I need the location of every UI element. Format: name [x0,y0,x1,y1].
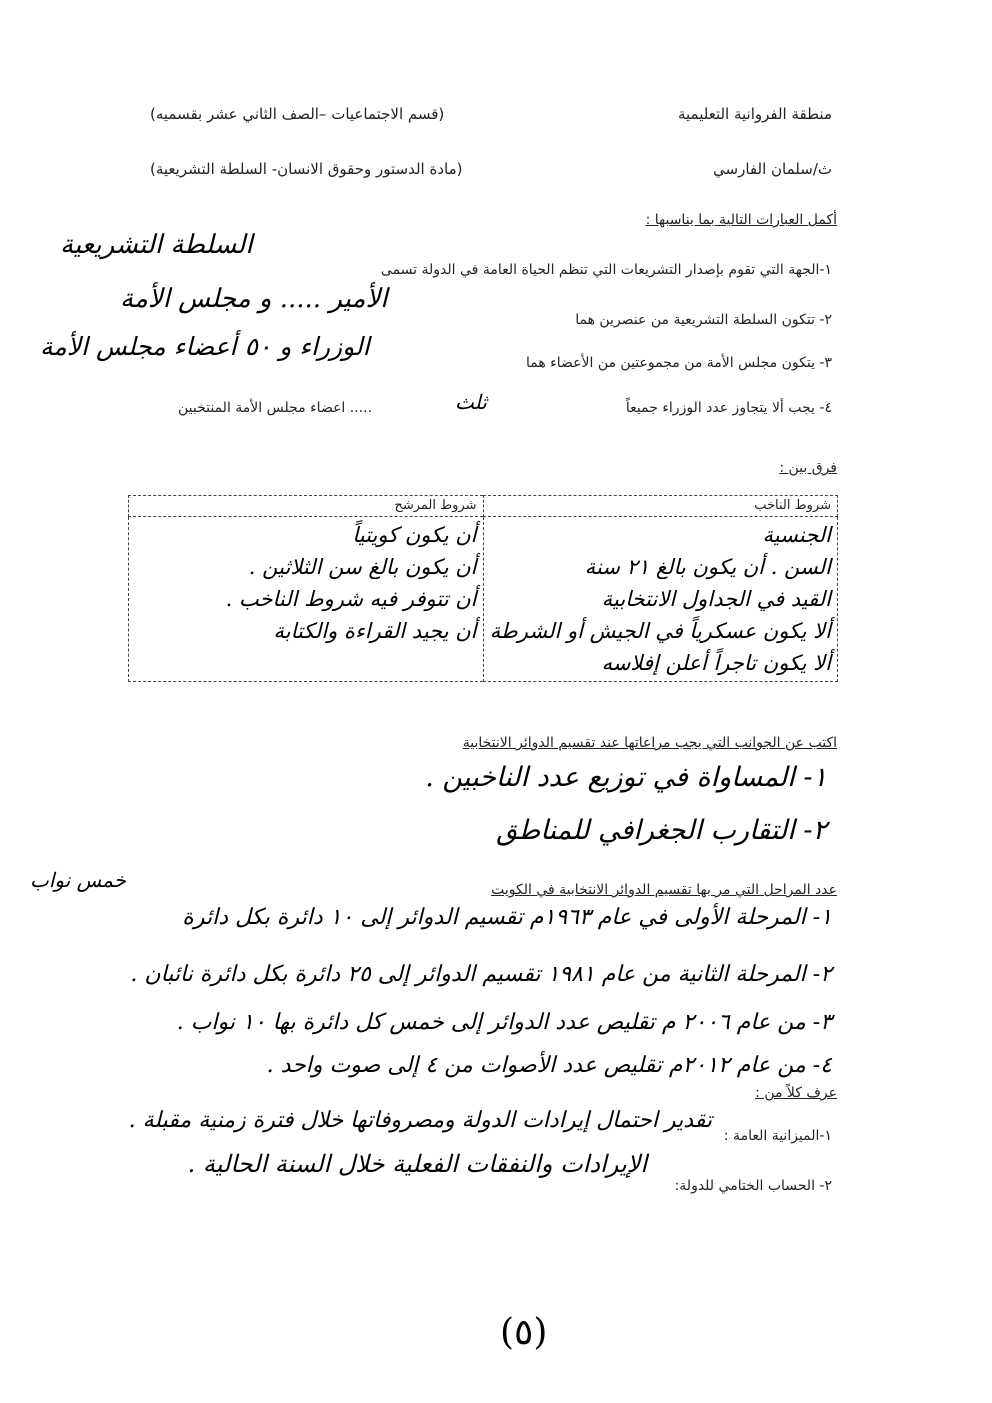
s1-item4-answer: ثلث [455,390,487,414]
worksheet-page: منطقة الفروانية التعليمية (قسم الاجتماعي… [0,0,992,1403]
s5-item1-definition: تقدير احتمال إيرادات الدولة ومصروفاتها خ… [129,1108,712,1133]
page-number: (٥) [500,1312,547,1353]
s4-item1: ١- المرحلة الأولى في عام ١٩٦٣م تقسيم الد… [182,905,832,930]
s1-item2-answer: الأمير ..... و مجلس الأمة [120,284,388,314]
s1-item1-prompt: ١-الجهة التي تقوم بإصدار التشريعات التي … [381,262,832,278]
candidate-conditions-cell: أن يكون كويتياً أن يكون بالغ سن الثلاثين… [129,517,484,682]
voter-condition: الجنسية [490,519,832,551]
department-label: (قسم الاجتماعيات –الصف الثاني عشر بقسميه… [150,105,444,123]
candidate-condition: أن يكون بالغ سن الثلاثين . [135,551,477,583]
s5-item2-definition: الإيرادات والنفقات الفعلية خلال السنة ال… [188,1150,647,1178]
s1-item3-answer: الوزراء و ٥٠ أعضاء مجلس الأمة [40,332,370,361]
margin-note: خمس نواب [30,868,126,892]
s1-item3-prompt: ٣- يتكون مجلس الأمة من مجموعتين من الأعض… [526,355,832,371]
candidate-condition: أن يكون كويتياً [135,519,477,551]
teacher-label: ث/سلمان الفارسي [713,160,832,178]
section4-title: عدد المراحل التي مر بها تقسيم الدوائر ال… [491,882,837,898]
col-voter-header: شروط الناخب [483,496,838,517]
s4-item3: ٣- من عام ٢٠٠٦ م تقليص عدد الدوائر إلى خ… [177,1010,832,1035]
section1-title: أكمل العبارات التالية بما يناسبها : [646,212,837,228]
s4-item2: ٢- المرحلة الثانية من عام ١٩٨١ تقسيم الد… [130,962,832,987]
s1-item4-prompt: ٤- يجب ألا يتجاوز عدد الوزراء جميعاً [626,400,832,416]
s1-item1-answer: السلطة التشريعية [60,230,253,260]
s5-item2-term: ٢- الحساب الختامي للدولة: [675,1178,832,1194]
section5-title: عرف كلاً من : [755,1085,837,1101]
section2-title: فرق بين : [779,460,837,476]
voter-condition: ألا يكون تاجراً أعلن إفلاسه [490,647,832,679]
s1-item2-prompt: ٢- تتكون السلطة التشريعية من عنصرين هما [575,312,832,328]
s3-item2: ٢- التقارب الجغرافي للمناطق [496,815,827,846]
s3-item1: ١- المساواة في توزيع عدد الناخبين . [425,762,827,793]
col-candidate-header: شروط المرشح [129,496,484,517]
voter-condition: ألا يكون عسكرياً في الجيش أو الشرطة [490,615,832,647]
region-label: منطقة الفروانية التعليمية [678,105,832,123]
voter-condition: السن . أن يكون بالغ ٢١ سنة [490,551,832,583]
subject-label: (مادة الدستور وحقوق الانسان- السلطة التش… [150,160,463,178]
s4-item4: ٤- من عام ٢٠١٢م تقليص عدد الأصوات من ٤ إ… [267,1053,832,1078]
candidate-condition: أن تتوفر فيه شروط الناخب . [135,583,477,615]
candidate-condition: أن يجيد القراءة والكتابة [135,615,477,647]
comparison-table: شروط الناخب شروط المرشح الجنسية السن . أ… [128,495,838,682]
voter-condition: القيد في الجداول الانتخابية [490,583,832,615]
section3-title: اكتب عن الجوانب التي يجب مراعاتها عند تق… [463,735,837,751]
s5-item1-term: ١-الميزانية العامة : [724,1128,832,1144]
voter-conditions-cell: الجنسية السن . أن يكون بالغ ٢١ سنة القيد… [483,517,838,682]
s1-item4-suffix: ..... اعضاء مجلس الأمة المنتخبين [178,400,372,416]
